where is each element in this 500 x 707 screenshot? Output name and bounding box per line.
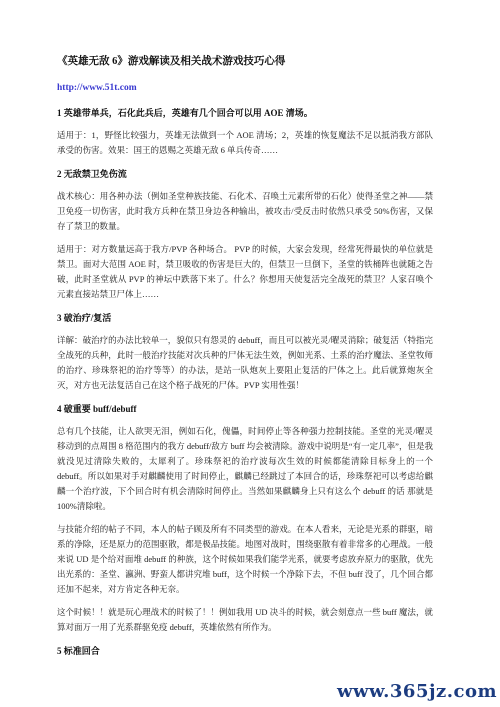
section-heading-3: 3 破治疗/复活 (57, 312, 433, 324)
section-heading-2: 2 无敌禁卫免伤流 (57, 168, 433, 180)
document-sections: 1 英雄带单兵，石化此兵后，英雄有几个回合可以用 AOE 清场。适用于：1，野怪… (57, 107, 433, 657)
section-heading-1: 1 英雄带单兵，石化此兵后，英雄有几个回合可以用 AOE 清场。 (57, 107, 433, 119)
section-2-paragraph-2: 适用于：对方数量远高于我方/PVP 各种场合。 PVP 的时候，大家会发现，经常… (57, 242, 433, 302)
section-1-paragraph-1: 适用于：1，野怪比较强力，英雄无法做到一个 AOE 清场；2，英雄的恢复魔法不足… (57, 128, 433, 158)
document-content: 《英雄无敌 6》游戏解读及相关战术游戏技巧心得 http://www.51t.c… (57, 55, 433, 666)
section-4-paragraph-3: 这个时候！！就是玩心理战术的时候了！！例如我用 UD 决斗的时候，就会刻意点一些… (57, 605, 433, 635)
section-4-paragraph-1: 总有几个技能，让人欲哭无泪，例如石化，傀儡，时间停止等各种强力控制技能。圣堂的光… (57, 424, 433, 514)
source-link[interactable]: http://www.51t.com (57, 82, 433, 94)
document-page: 《英雄无敌 6》游戏解读及相关战术游戏技巧心得 http://www.51t.c… (0, 0, 500, 707)
section-heading-4: 4 破重要 buff/debuff (57, 403, 433, 415)
section-3-paragraph-1: 详解：破治疗的办法比较单一，貌似只有怨灵的 debuff，而且可以被光灵/曜灵消… (57, 333, 433, 393)
section-2-paragraph-1: 战术核心：用各种办法（例如圣堂种族技能、石化术、召唤土元素所带的石化）使得圣堂之… (57, 189, 433, 234)
section-heading-5: 5 标准回合 (57, 645, 433, 657)
document-title: 《英雄无敌 6》游戏解读及相关战术游戏技巧心得 (57, 55, 433, 68)
watermark-site-url: www.365jz.com (337, 681, 497, 702)
section-4-paragraph-2: 与技能介绍的帖子不同，本人的帖子顾及所有不同类型的游戏。在本人看来，无论是光系的… (57, 522, 433, 597)
